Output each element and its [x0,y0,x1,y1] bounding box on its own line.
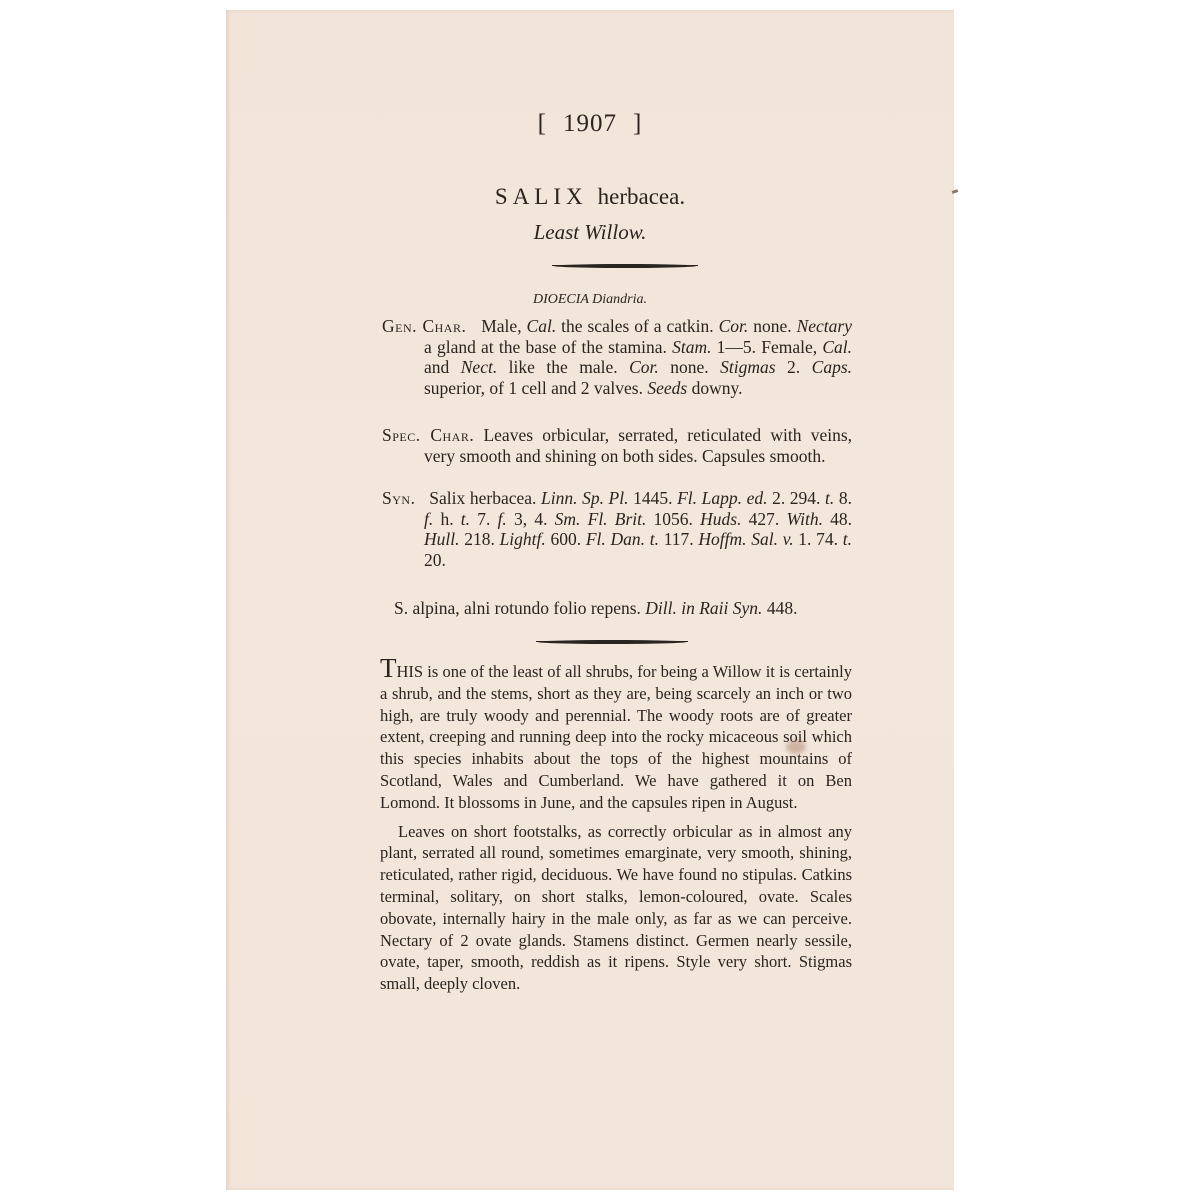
text: and [424,357,461,377]
text-italic: Stam. [672,337,711,357]
text: Salix herbacea. [429,488,541,508]
page-number-value: 1907 [563,110,617,137]
text: 1056. [646,509,700,529]
text-italic: Fl. Lapp. ed. [677,488,767,508]
synonym-alpina: S. alpina, alni rotundo folio repens. Di… [394,598,880,619]
text-italic: Stigmas [720,357,775,377]
text-italic: Huds. [700,509,741,529]
spec-char-label: Spec. Char. [382,425,474,445]
text-italic: Seeds [647,378,687,398]
text-italic: Caps. [812,357,852,377]
text: none. [659,357,720,377]
text: none. [748,316,796,336]
text: 20. [424,550,446,570]
text: downy. [687,378,742,398]
paragraph-2: Leaves on short footstalks, as correctly… [380,821,852,995]
specific-character: Spec. Char. Leaves orbicular, serrated, … [382,425,852,466]
page-number: [1907] [226,110,954,138]
species-epithet: herbacea. [598,184,685,209]
text: S. alpina, alni rotundo folio repens. [394,598,645,618]
text: 448. [762,598,797,618]
ornamental-rule [538,640,686,644]
text: 8. [834,488,852,508]
text: the scales of a catkin. [556,316,718,336]
spec-char-text: Leaves orbicular, serrated, reticulated … [424,425,852,466]
linnaean-class: DIOECIA Diandria. [226,292,954,308]
text-italic: f. [498,509,507,529]
text: h. [433,509,461,529]
generic-character: Gen. Char. Male, Cal. the scales of a ca… [382,316,852,398]
text: superior, of 1 cell and 2 valves. [424,378,647,398]
text-italic: Lightf. [500,529,546,549]
paragraph-1: THIS is one of the least of all shrubs, … [380,660,852,814]
text-italic: With. [787,509,823,529]
text-italic: Fl. Dan. t. [586,529,659,549]
text: 1. 74. [794,529,843,549]
bracket-right: ] [633,110,642,137]
text-italic: Cal. [527,316,557,336]
text-italic: Hoffm. Sal. v. [698,529,793,549]
text: like the male. [497,357,629,377]
description-body: THIS is one of the least of all shrubs, … [380,660,852,995]
text-italic: Nect. [461,357,497,377]
text-italic: Cal. [822,337,852,357]
text: 1—5. Female, [711,337,822,357]
text: 48. [823,509,852,529]
text: 427. [741,509,786,529]
text: is one of the least of all shrubs, for b… [380,662,852,812]
text: 2. 294. [767,488,825,508]
text-italic: t. [461,509,470,529]
text: 1445. [628,488,677,508]
text: 3, 4. [507,509,555,529]
text: 2. [776,357,812,377]
text-italic: Nectary [797,316,852,336]
text-italic: Linn. Sp. Pl. [541,488,628,508]
text-italic: t. [825,488,834,508]
text: a gland at the base of the stamina. [424,337,672,357]
text: 600. [546,529,586,549]
gen-char-label: Gen. Char. [382,316,466,336]
genus-name: SALIX [495,184,588,209]
text: 7. [470,509,498,529]
synonymy: Syn. Salix herbacea. Linn. Sp. Pl. 1445.… [382,488,852,570]
species-title: SALIXherbacea. [226,184,954,210]
ornamental-rule [554,264,696,268]
paper-stain [786,740,806,754]
syn-label: Syn. [382,488,415,508]
text-italic: Sm. Fl. Brit. [555,509,647,529]
text-italic: Dill. in Raii Syn. [645,598,762,618]
bracket-left: [ [538,110,547,137]
text-italic: f. [424,509,433,529]
text-italic: Cor. [719,316,749,336]
text-italic: t. [843,529,852,549]
text: HIS [397,662,424,681]
text: 117. [659,529,698,549]
text: 218. [460,529,500,549]
text-italic: Cor. [629,357,659,377]
text: Male, [481,316,526,336]
book-page: [1907] SALIXherbacea. Least Willow. DIOE… [226,10,954,1190]
drop-cap: T [380,653,397,683]
text-italic: Hull. [424,529,460,549]
common-name: Least Willow. [226,220,954,245]
